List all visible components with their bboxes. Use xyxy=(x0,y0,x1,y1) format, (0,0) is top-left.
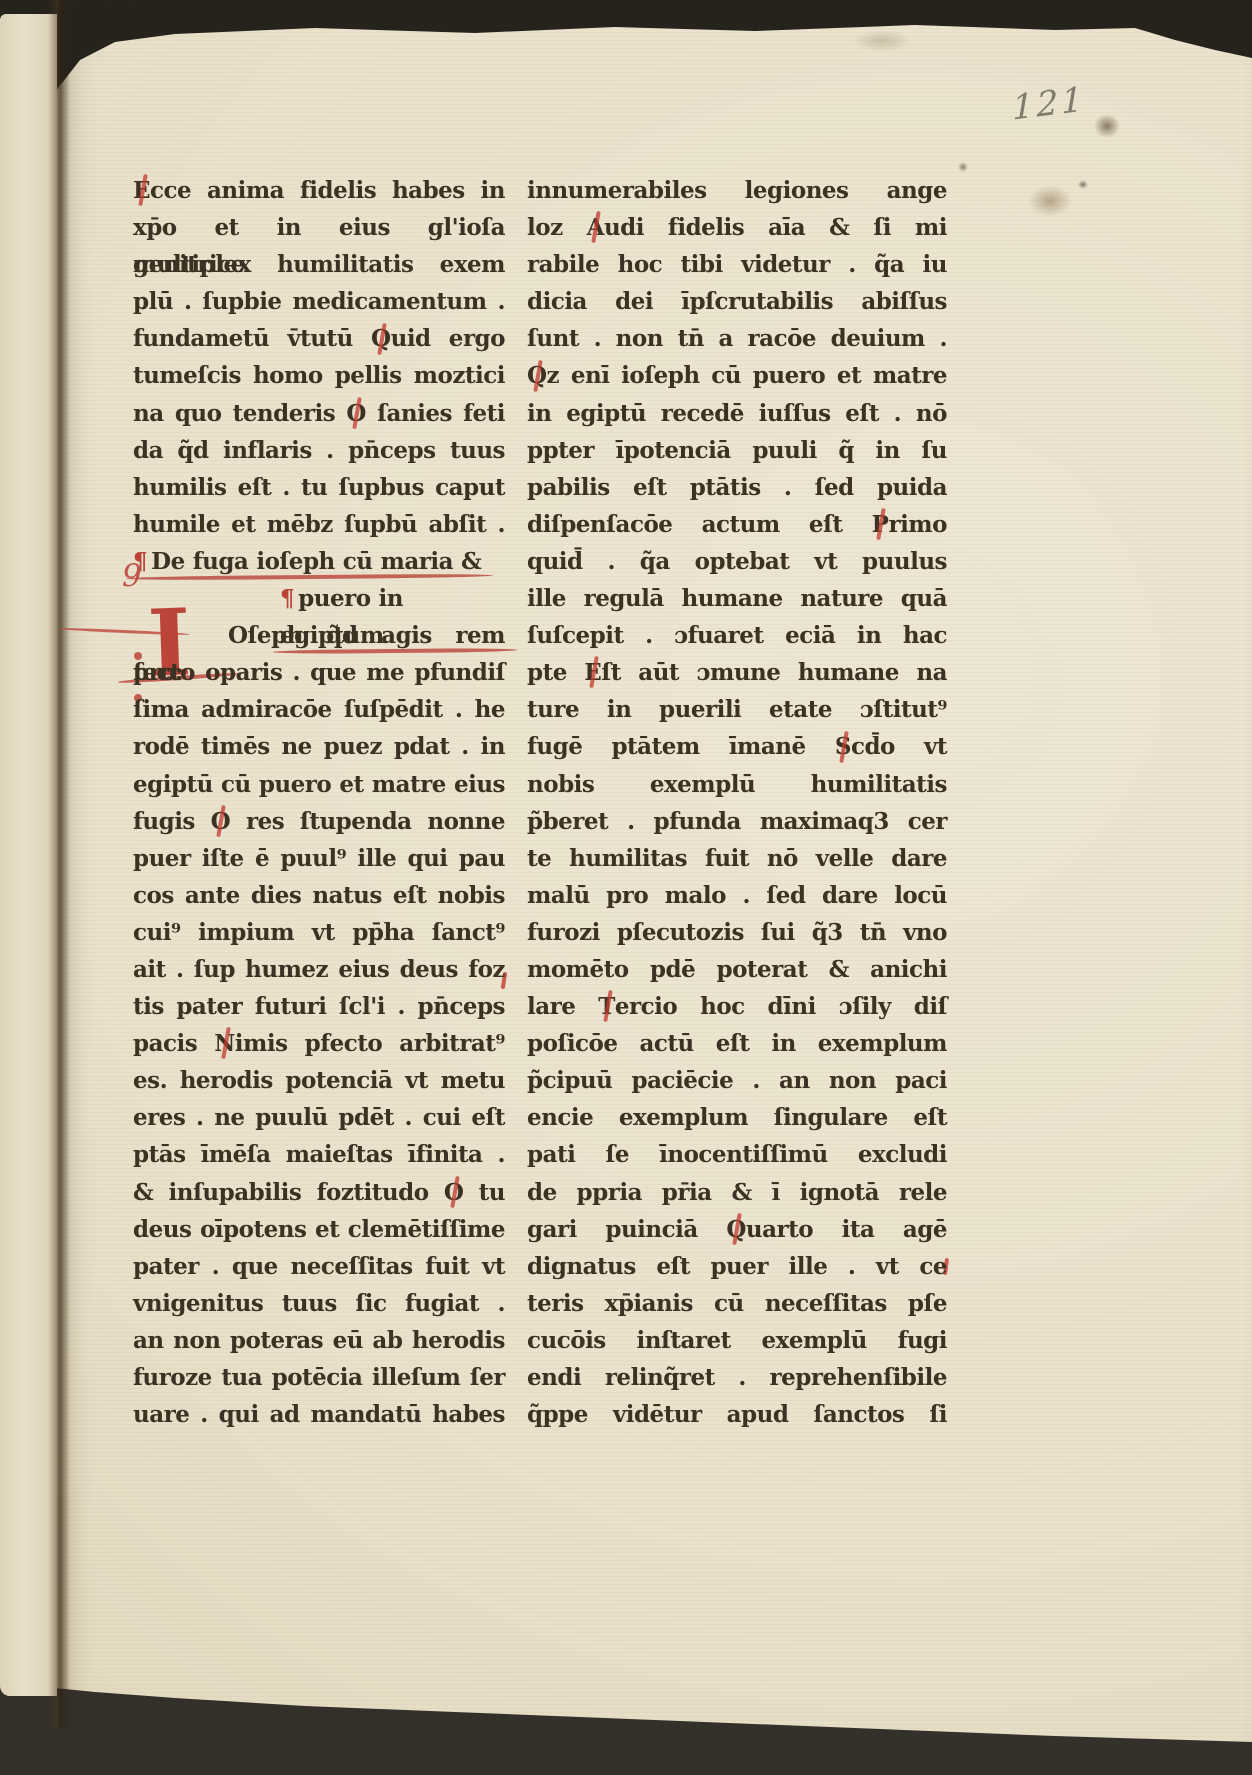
paper-stain xyxy=(1078,180,1088,189)
line-text: ait . ſup humez eius deus foz xyxy=(133,956,505,983)
line-text: innumerabiles legiones ange xyxy=(527,177,947,204)
text-line: fugis O res ſtupenda nonne xyxy=(133,803,505,840)
text-line: p̃beret . pfunda maximaq3 cer xyxy=(527,803,947,840)
rubric-pilcrow: ¶ xyxy=(133,548,151,575)
rubricated-heading-line: ¶puero in egiptum xyxy=(133,580,505,617)
text-line: malū pro malo . ſed dare locū xyxy=(527,877,947,914)
line-text: cucōis inſtaret exemplū fugi xyxy=(527,1327,947,1354)
line-text: loz xyxy=(527,214,587,241)
text-line: plū . ſupbie medicamentum . xyxy=(133,283,505,320)
text-line: deus oīpotens et clemētiſſime xyxy=(133,1211,505,1248)
text-line: cui⁹ impium vt pp̄ha ſanct⁹ xyxy=(133,914,505,951)
line-text: pati ſe īnocentiſſimū excludi xyxy=(527,1141,947,1168)
line-text: furozi pſecutozis ſui q̃3 tn̄ vno xyxy=(527,919,947,946)
line-text: encie exemplum ſingulare eſt xyxy=(527,1104,947,1131)
line-text: ille regulā humane nature quā xyxy=(527,585,947,612)
line-text: z enī ioſeph cū puero et matre xyxy=(547,362,947,389)
line-text: furoze tua potēcia illeſum ſer xyxy=(133,1364,505,1391)
line-text: dicia dei īpſcrutabilis abiſſus xyxy=(527,288,947,315)
text-column-right: innumerabiles legiones angeloz Audi fide… xyxy=(527,172,947,1433)
text-line: innumerabiles legiones ange xyxy=(527,172,947,209)
line-text: rabile hoc tibi videtur . q̃a iu xyxy=(527,251,947,278)
text-line: Qz enī ioſeph cū puero et matre xyxy=(527,357,947,394)
line-text: ſima admiracōe ſuſpēdit . he xyxy=(133,696,505,723)
red-touched-capital: P xyxy=(872,506,889,543)
text-line: na quo tenderis O ſanies feti xyxy=(133,395,505,432)
text-line: fecto oparis . que me pfundiſ xyxy=(133,654,505,691)
line-text: tumeſcis homo pellis moztici xyxy=(133,362,505,389)
text-line: poſicōe actū eſt in exemplum xyxy=(527,1025,947,1062)
text-line: nobis exemplū humilitatis xyxy=(527,766,947,803)
text-line: pater . que neceſſitas fuit vt xyxy=(133,1248,505,1285)
line-text: na quo tenderis xyxy=(133,400,346,427)
line-text: da q̃d inflaris . pn̄ceps tuus xyxy=(133,437,505,464)
line-text: ſunt . non tn̄ a racōe deuium . xyxy=(527,325,947,352)
text-line: egiptū cū puero et matre eius xyxy=(133,766,505,803)
line-text: dignatus eſt puer ille . vt ce xyxy=(527,1253,947,1280)
text-line: diſpenſacōe actum eſt Primo xyxy=(527,506,947,543)
text-line: humile et mēbz ſupbū abſit . xyxy=(133,506,505,543)
line-text: ptās īmēſa maieſtas īfinita . xyxy=(133,1141,505,1168)
paper-stain xyxy=(852,30,912,52)
text-line: in egiptū recedē iuſſus eſt . nō xyxy=(527,395,947,432)
line-text: de ppria pr̄ia & ī ignotā rele xyxy=(527,1179,947,1206)
text-line: pati ſe īnocentiſſimū excludi xyxy=(527,1136,947,1173)
line-text: teris xp̄ianis cū neceſſitas pſe xyxy=(527,1290,947,1317)
line-text: tis pater futuri ſcl'i . pn̄ceps xyxy=(133,993,505,1020)
red-touched-capital: O xyxy=(444,1174,464,1211)
text-line: q̃ppe vidētur apud ſanctos ſi xyxy=(527,1396,947,1433)
line-text: te humilitas fuit nō velle dare xyxy=(527,845,947,872)
line-text: malū pro malo . ſed dare locū xyxy=(527,882,947,909)
red-touched-capital: T xyxy=(598,988,615,1025)
text-line: pacis Nimis pfecto arbitrat⁹ xyxy=(133,1025,505,1062)
scanned-book-photo: 121 9 I Ecce anima fidelis habes inxp̄o … xyxy=(0,0,1252,1775)
text-line: tumeſcis homo pellis moztici xyxy=(133,357,505,394)
text-line: p̃cipuū paciēcie . an non paci xyxy=(527,1062,947,1099)
paper-stain xyxy=(1094,114,1120,138)
text-line: furoze tua potēcia illeſum ſer xyxy=(133,1359,505,1396)
red-touched-capital: A xyxy=(587,209,604,246)
text-line: ptās īmēſa maieſtas īfinita . xyxy=(133,1136,505,1173)
line-text: cos ante dies natus eſt nobis xyxy=(133,882,505,909)
text-line: humilis eſt . tu ſupbus caput xyxy=(133,469,505,506)
text-line: ille regulā humane nature quā xyxy=(527,580,947,617)
heading-underline-wrap: ¶De fuga ioſeph cū maria & xyxy=(133,543,481,580)
text-line: ſuſcepit . ɔfuaret eciā in hac xyxy=(527,617,947,654)
line-text: plū . ſupbie medicamentum . xyxy=(133,288,505,315)
red-touched-capital: Q xyxy=(527,357,547,394)
text-line: eres . ne puulū pdēt . cui eſt xyxy=(133,1099,505,1136)
paper-stain xyxy=(1028,185,1072,217)
line-text: pacis xyxy=(133,1030,214,1057)
text-line: vnigenitus tuus ſic fugiat . xyxy=(133,1285,505,1322)
text-line: fugē ptātem īmanē Scd̄o vt xyxy=(527,728,947,765)
line-text: humile et mēbz ſupbū abſit . xyxy=(133,511,505,538)
line-text: pabilis eſt ptātis . ſed puida xyxy=(527,474,947,501)
text-line: momēto pdē poterat & anichi xyxy=(527,951,947,988)
red-touched-capital: Q xyxy=(371,320,391,357)
line-text: diſpenſacōe actum eſt xyxy=(527,511,872,538)
text-line: pabilis eſt ptātis . ſed puida xyxy=(527,469,947,506)
line-text: fugē ptātem īmanē xyxy=(527,733,835,760)
line-text: pater . que neceſſitas fuit vt xyxy=(133,1253,505,1280)
text-line: Ecce anima fidelis habes in xyxy=(133,172,505,209)
line-text: es. herodis potenciā vt metu xyxy=(133,1067,505,1094)
line-text: uid ergo xyxy=(391,325,505,352)
line-text: fugis xyxy=(133,808,211,835)
text-line: xp̄o et in eius gl'ioſa genitrice xyxy=(133,209,505,246)
text-line: de ppria pr̄ia & ī ignotā rele xyxy=(527,1174,947,1211)
line-text: an non poteras eū ab herodis xyxy=(133,1327,505,1354)
text-line: da q̃d inflaris . pn̄ceps tuus xyxy=(133,432,505,469)
text-line: es. herodis potenciā vt metu xyxy=(133,1062,505,1099)
line-text: & inſupabilis foztitudo xyxy=(133,1179,444,1206)
line-text: imis pfecto arbitrat⁹ xyxy=(235,1030,505,1057)
text-line: gari puinciā Quarto ita agē xyxy=(527,1211,947,1248)
heading-underline-wrap: ¶puero in egiptum xyxy=(280,580,505,654)
text-line: puer iſte ē puul⁹ ille qui pau xyxy=(133,840,505,877)
line-text: uarto ita agē xyxy=(746,1216,947,1243)
text-line: furozi pſecutozis ſui q̃3 tn̄ vno xyxy=(527,914,947,951)
line-text: momēto pdē poterat & anichi xyxy=(527,956,947,983)
line-text: in egiptū recedē iuſſus eſt . nō xyxy=(527,400,947,427)
text-line: cos ante dies natus eſt nobis xyxy=(133,877,505,914)
text-line: endi relinq̃ret . reprehenſibile xyxy=(527,1359,947,1396)
text-line: tis pater futuri ſcl'i . pn̄ceps xyxy=(133,988,505,1025)
paper-stain xyxy=(958,162,968,172)
red-touched-capital: O xyxy=(346,395,366,432)
line-text: res ſtupenda nonne xyxy=(230,808,505,835)
rubricated-heading-line: ¶De fuga ioſeph cū maria & xyxy=(133,543,505,580)
line-text: gari puinciā xyxy=(527,1216,726,1243)
text-line: encie exemplum ſingulare eſt xyxy=(527,1099,947,1136)
red-touched-capital: E xyxy=(133,172,150,209)
red-touched-capital: N xyxy=(214,1025,235,1062)
line-text: uare . qui ad mandatū habes xyxy=(133,1401,505,1428)
text-line: dicia dei īpſcrutabilis abiſſus xyxy=(527,283,947,320)
line-text: humilis eſt . tu ſupbus caput xyxy=(133,474,505,501)
line-text: ture in puerili etate ɔſtitut⁹ xyxy=(527,696,947,723)
red-touched-capital: Q xyxy=(726,1211,746,1248)
line-text: cce anima fidelis habes in xyxy=(150,177,505,204)
red-touched-capital: E xyxy=(584,654,601,691)
line-text: tu xyxy=(463,1179,505,1206)
line-text: poſicōe actū eſt in exemplum xyxy=(527,1030,947,1057)
line-text: ſuſcepit . ɔfuaret eciā in hac xyxy=(527,622,947,649)
line-text: puer iſte ē puul⁹ ille qui pau xyxy=(133,845,505,872)
line-text: rodē timēs ne puez pdat . in xyxy=(133,733,505,760)
text-line: teris xp̄ianis cū neceſſitas pſe xyxy=(527,1285,947,1322)
text-line: multiplex humilitatis exem xyxy=(133,246,505,283)
gutter-shadow xyxy=(48,0,70,1728)
text-line: rabile hoc tibi videtur . q̃a iu xyxy=(527,246,947,283)
line-text: endi relinq̃ret . reprehenſibile xyxy=(527,1364,947,1391)
text-line: dignatus eſt puer ille . vt ce xyxy=(527,1248,947,1285)
rubric-pilcrow: ¶ xyxy=(280,585,298,612)
text-line: ture in puerili etate ɔſtitut⁹ xyxy=(527,691,947,728)
line-text: fundametū v̄tutū xyxy=(133,325,371,352)
line-text: ſt aūt ɔmune humane na xyxy=(601,659,947,686)
line-text: puero in egiptum xyxy=(280,585,403,649)
line-text: eres . ne puulū pdēt . cui eſt xyxy=(133,1104,505,1131)
line-text: nobis exemplū humilitatis xyxy=(527,771,947,798)
line-text: cui⁹ impium vt pp̄ha ſanct⁹ xyxy=(133,919,505,946)
text-line: quid̄ . q̃a optebat vt puulus xyxy=(527,543,947,580)
text-line: & inſupabilis foztitudo O tu xyxy=(133,1174,505,1211)
text-line: te humilitas fuit nō velle dare xyxy=(527,840,947,877)
text-line: loz Audi fidelis aīa & ſi mi xyxy=(527,209,947,246)
line-text: ercio hoc dīni ɔſily diſ xyxy=(615,993,947,1020)
text-line: an non poteras eū ab herodis xyxy=(133,1322,505,1359)
text-column-left: Ecce anima fidelis habes inxp̄o et in ei… xyxy=(133,172,505,1433)
text-line: uare . qui ad mandatū habes xyxy=(133,1396,505,1433)
line-text: p̃cipuū paciēcie . an non paci xyxy=(527,1067,947,1094)
line-text: ſanies feti xyxy=(366,400,505,427)
line-text: rimo xyxy=(888,511,947,538)
text-line: ſunt . non tn̄ a racōe deuium . xyxy=(527,320,947,357)
line-text: egiptū cū puero et matre eius xyxy=(133,771,505,798)
red-touched-capital: O xyxy=(211,803,231,840)
line-text: p̃beret . pfunda maximaq3 cer xyxy=(527,808,947,835)
text-line: ſima admiracōe ſuſpēdit . he xyxy=(133,691,505,728)
line-text: multiplex humilitatis exem xyxy=(133,251,505,278)
text-line: pte Eſt aūt ɔmune humane na xyxy=(527,654,947,691)
text-line: cucōis inſtaret exemplū fugi xyxy=(527,1322,947,1359)
line-text: fecto oparis . que me pfundiſ xyxy=(133,659,505,686)
red-touched-capital: S xyxy=(835,728,851,765)
line-text: lare xyxy=(527,993,598,1020)
line-text: udi fidelis aīa & ſi mi xyxy=(604,214,947,241)
text-line: ppter īpotenciā puuli q̃ in ſu xyxy=(527,432,947,469)
line-text: q̃ppe vidētur apud ſanctos ſi xyxy=(527,1401,947,1428)
text-line: fundametū v̄tutū Quid ergo xyxy=(133,320,505,357)
line-text: deus oīpotens et clemētiſſime xyxy=(133,1216,505,1243)
line-text: De fuga ioſeph cū maria & xyxy=(151,548,481,575)
line-text: ppter īpotenciā puuli q̃ in ſu xyxy=(527,437,947,464)
line-text: quid̄ . q̃a optebat vt puulus xyxy=(527,548,947,575)
line-text: cd̄o vt xyxy=(851,733,947,760)
text-line: ait . ſup humez eius deus foz xyxy=(133,951,505,988)
line-text: pte xyxy=(527,659,584,686)
line-text: vnigenitus tuus ſic fugiat . xyxy=(133,1290,505,1317)
text-line: rodē timēs ne puez pdat . in xyxy=(133,728,505,765)
text-line: lare Tercio hoc dīni ɔſily diſ xyxy=(527,988,947,1025)
